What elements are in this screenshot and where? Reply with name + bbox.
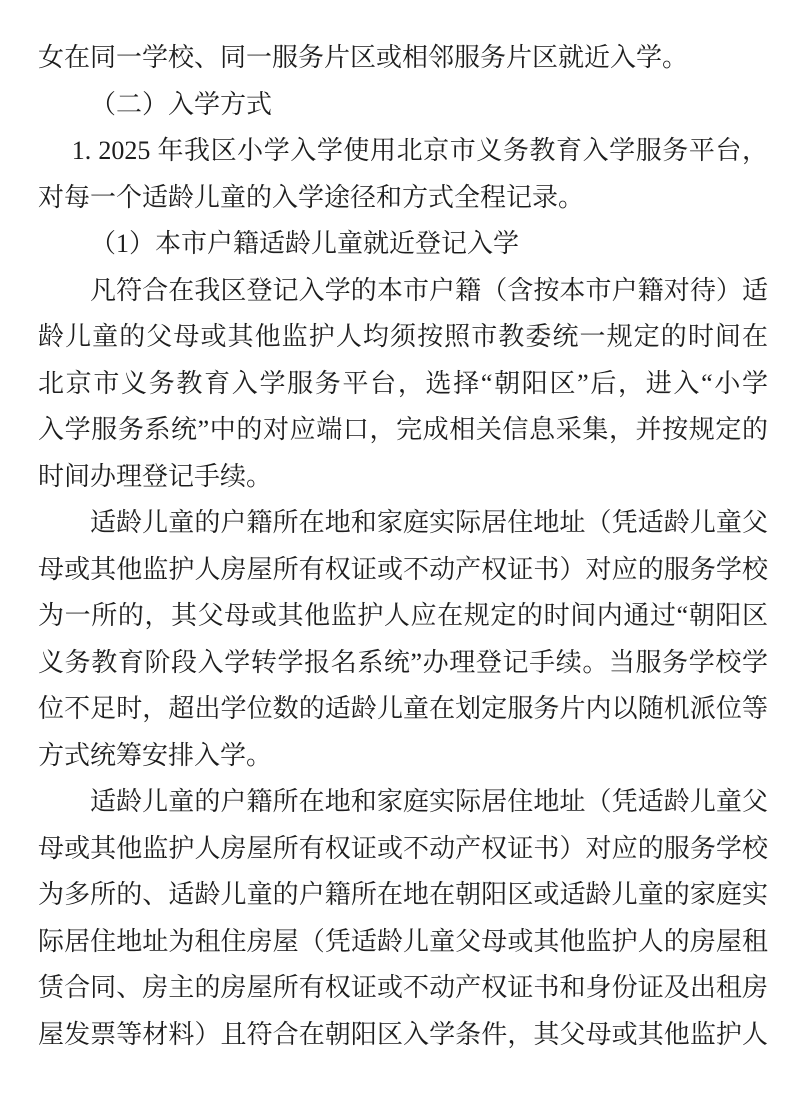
document-line: 方式统筹安排入学。: [38, 733, 768, 780]
document-section-heading: （二）入学方式: [38, 82, 768, 129]
document-line: 为多所的、适龄儿童的户籍所在地在朝阳区或适龄儿童的家庭实: [38, 872, 768, 919]
document-line: 屋发票等材料）且符合在朝阳区入学条件，其父母或其他监护人: [38, 1012, 768, 1059]
document-page: 女在同一学校、同一服务片区或相邻服务片区就近入学。 （二）入学方式 1. 202…: [0, 0, 800, 1116]
document-line: 1. 2025 年我区小学入学使用北京市义务教育入学服务平台，: [38, 128, 768, 175]
document-line: 适龄儿童的户籍所在地和家庭实际居住地址（凭适龄儿童父: [38, 779, 768, 826]
document-line: 适龄儿童的户籍所在地和家庭实际居住地址（凭适龄儿童父: [38, 500, 768, 547]
document-line: 母或其他监护人房屋所有权证或不动产权证书）对应的服务学校: [38, 826, 768, 873]
document-line: 龄儿童的父母或其他监护人均须按照市教委统一规定的时间在: [38, 314, 768, 361]
document-line: 北京市义务教育入学服务平台，选择“朝阳区”后，进入“小学: [38, 361, 768, 408]
document-line: 时间办理登记手续。: [38, 454, 768, 501]
document-line: 际居住地址为租住房屋（凭适龄儿童父母或其他监护人的房屋租: [38, 919, 768, 966]
document-line: 赁合同、房主的房屋所有权证或不动产权证书和身份证及出租房: [38, 965, 768, 1012]
document-line: 义务教育阶段入学转学报名系统”办理登记手续。当服务学校学: [38, 640, 768, 687]
document-line: 为一所的，其父母或其他监护人应在规定的时间内通过“朝阳区: [38, 593, 768, 640]
document-line: 母或其他监护人房屋所有权证或不动产权证书）对应的服务学校: [38, 547, 768, 594]
document-line: 入学服务系统”中的对应端口，完成相关信息采集，并按规定的: [38, 407, 768, 454]
document-line: 对每一个适龄儿童的入学途径和方式全程记录。: [38, 175, 768, 222]
document-line: 凡符合在我区登记入学的本市户籍（含按本市户籍对待）适: [38, 268, 768, 315]
document-line: 女在同一学校、同一服务片区或相邻服务片区就近入学。: [38, 35, 768, 82]
document-line: 位不足时，超出学位数的适龄儿童在划定服务片内以随机派位等: [38, 686, 768, 733]
document-subsection-heading: （1）本市户籍适龄儿童就近登记入学: [38, 221, 768, 268]
